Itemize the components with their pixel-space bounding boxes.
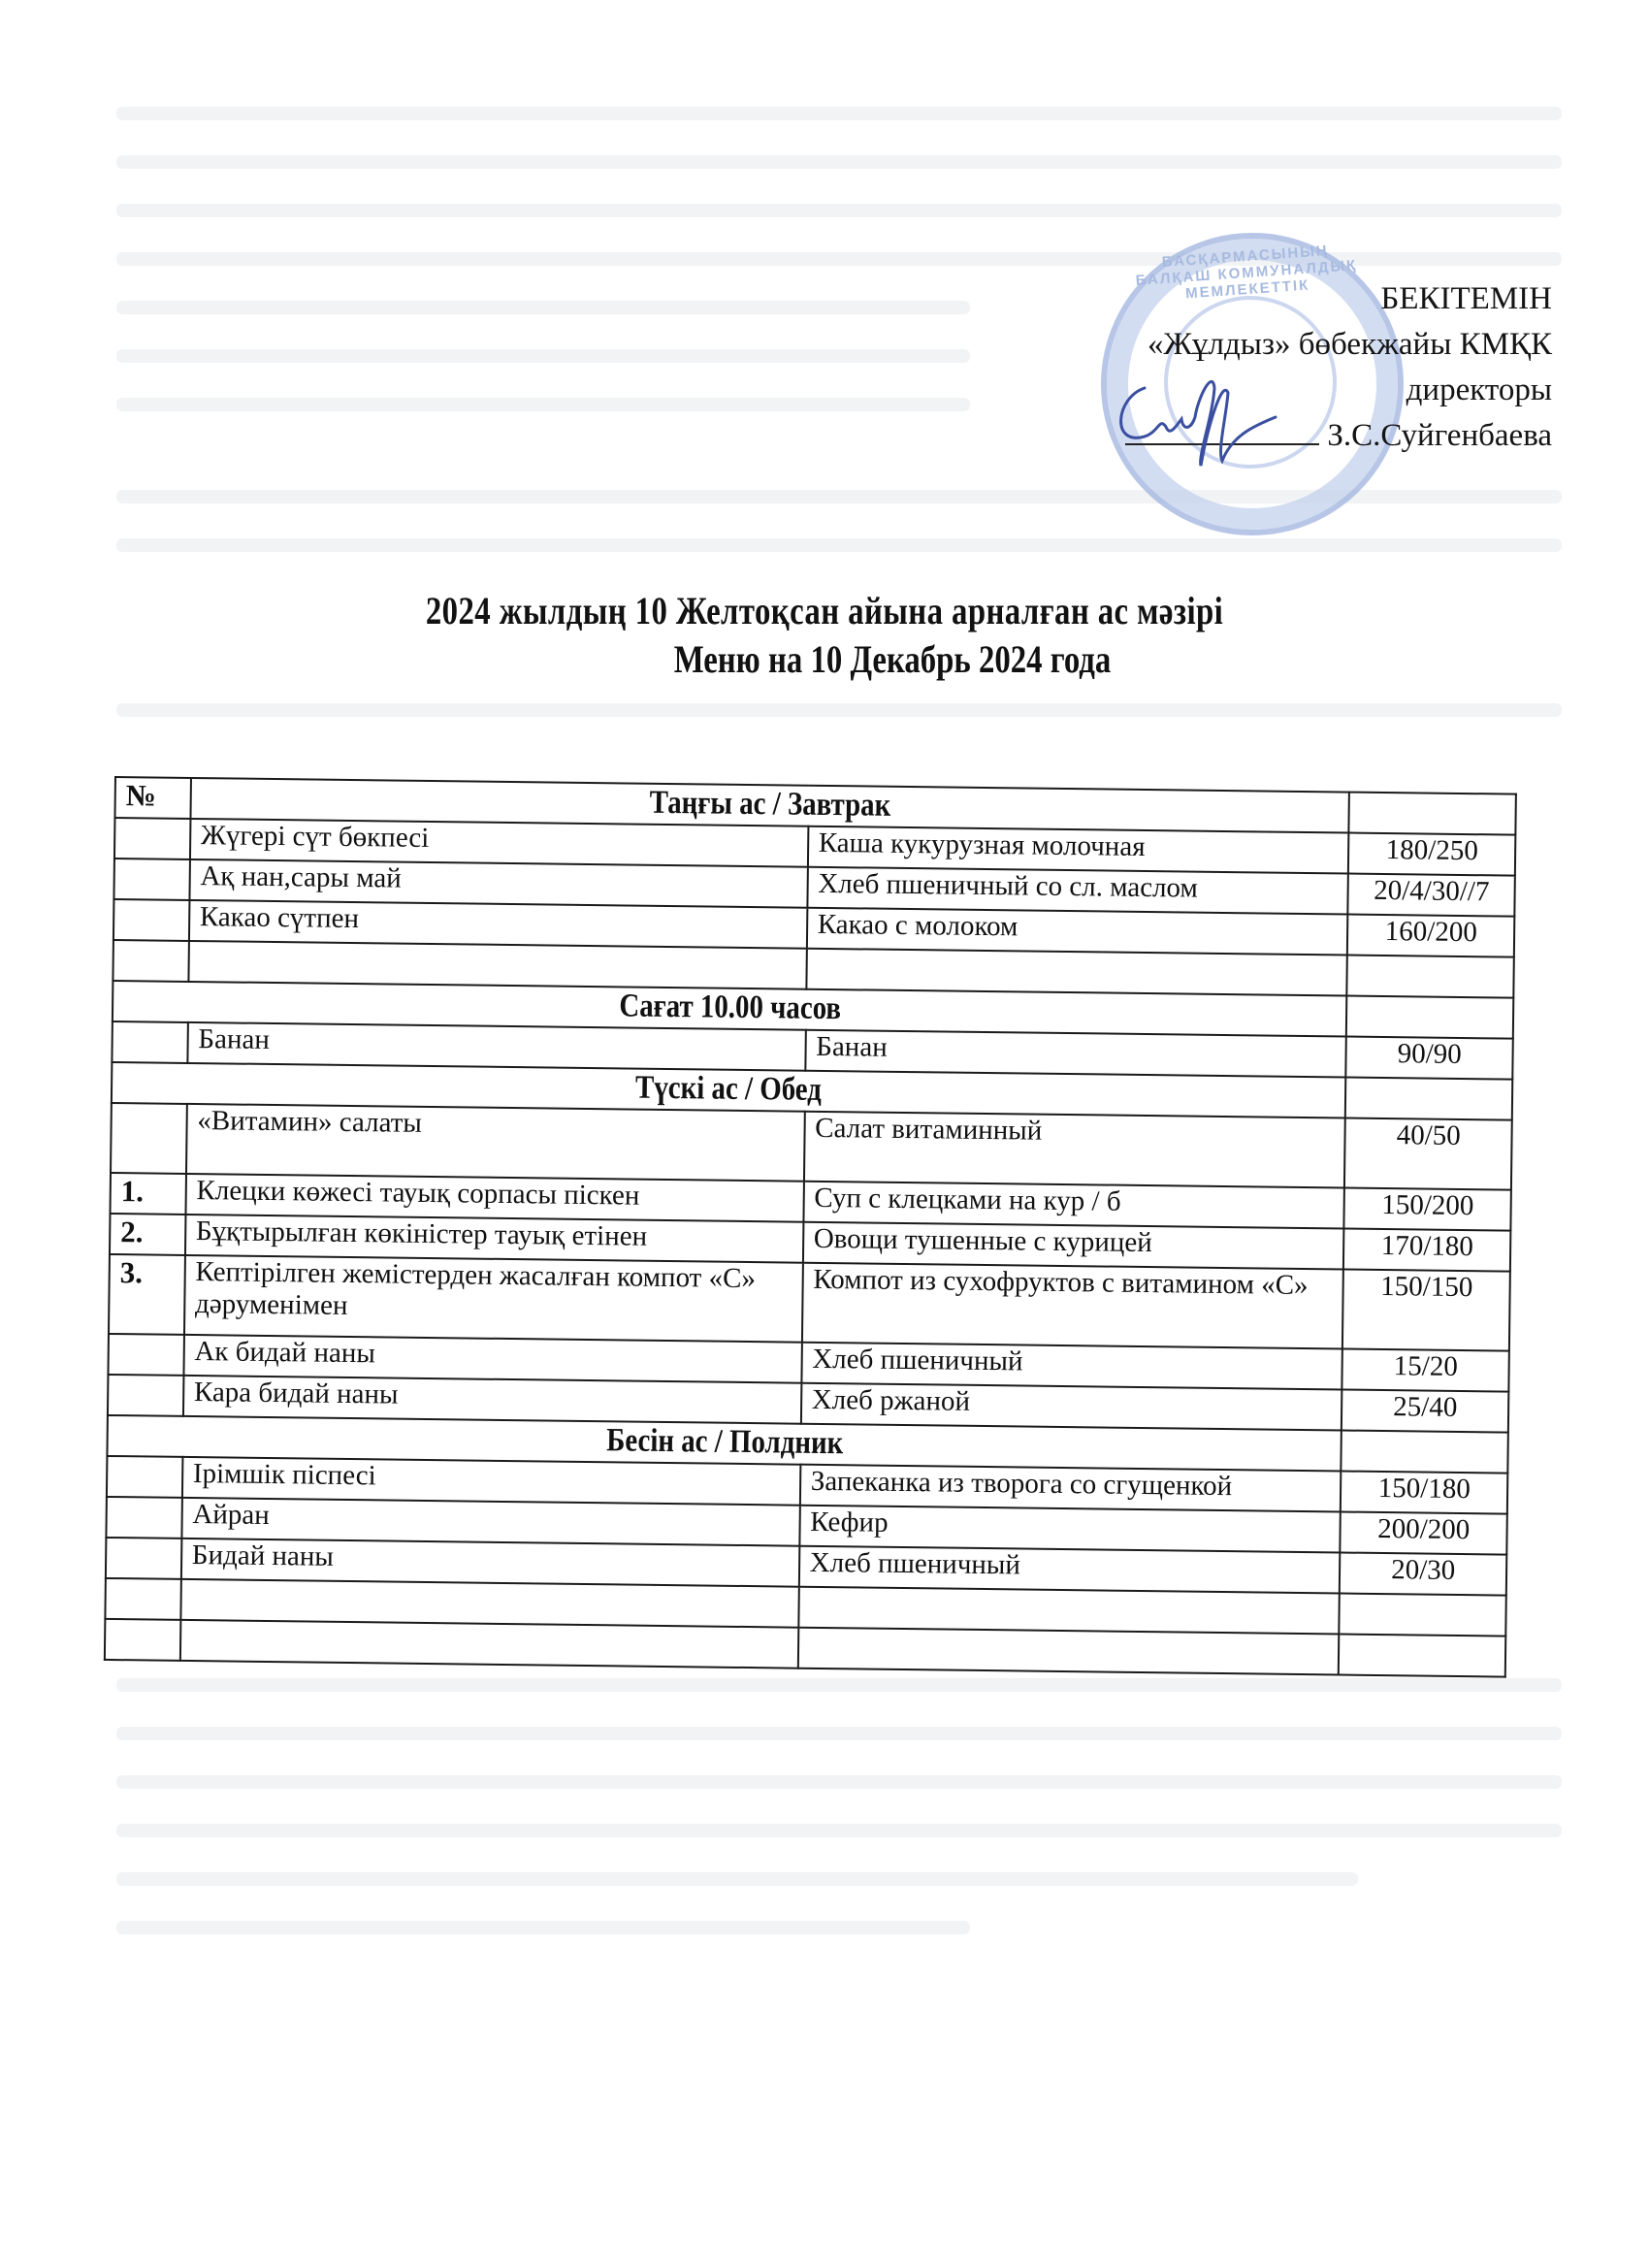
dish-name-russian: Хлеб пшеничный xyxy=(798,1546,1340,1594)
menu-table: №Таңғы ас / ЗавтракЖүгері сүт бөкпесіКаш… xyxy=(104,776,1517,1678)
item-number: 1. xyxy=(110,1173,185,1215)
section-title-text: Таңғы ас / Завтрак xyxy=(649,785,890,825)
item-number xyxy=(113,940,188,982)
portion-cell xyxy=(1342,1431,1508,1474)
portion-size: 15/20 xyxy=(1342,1349,1509,1392)
dish-name-russian: Кефир xyxy=(799,1506,1341,1553)
portion-cell xyxy=(1349,793,1516,835)
item-number xyxy=(105,1619,180,1661)
approval-heading: БЕКІТЕМІН xyxy=(1125,276,1552,322)
item-number xyxy=(114,818,190,859)
title-russian: Меню на 10 Декабрь 2024 года xyxy=(272,635,1512,684)
item-number xyxy=(107,1456,182,1498)
item-number xyxy=(113,899,189,941)
dish-name-kazakh xyxy=(180,1620,798,1669)
portion-size: 20/30 xyxy=(1340,1552,1506,1595)
dish-name-kazakh: «Витамин» салаты xyxy=(186,1104,805,1182)
portion-size xyxy=(1340,1593,1506,1636)
dish-name-russian: Овощи тушенные с курицей xyxy=(803,1222,1344,1270)
portion-size: 90/90 xyxy=(1346,1037,1513,1080)
dish-name-russian xyxy=(798,1587,1340,1635)
item-number xyxy=(108,1375,183,1416)
item-number xyxy=(106,1497,181,1539)
dish-name-russian: Хлеб пшеничный со сл. маслом xyxy=(807,867,1348,915)
section-title-text: Сағат 10.00 часов xyxy=(619,988,841,1027)
dish-name-russian xyxy=(797,1628,1339,1675)
section-title-text: Бесін ас / Полдник xyxy=(606,1422,844,1462)
portion-size: 150/200 xyxy=(1344,1188,1511,1231)
dish-name-russian: Каша кукурузная молочная xyxy=(808,826,1349,874)
director-name: З.С.Суйгенбаева xyxy=(1327,418,1552,453)
menu-titles: 2024 жылдың 10 Желтоқсан айына арналған … xyxy=(0,587,1649,684)
portion-size: 150/180 xyxy=(1341,1472,1507,1514)
portion-size: 150/150 xyxy=(1342,1270,1510,1351)
item-number: 2. xyxy=(110,1214,185,1255)
portion-size: 20/4/30//7 xyxy=(1348,874,1515,917)
item-number xyxy=(105,1578,180,1620)
portion-size: 200/200 xyxy=(1341,1512,1507,1555)
portion-cell xyxy=(1345,1078,1512,1120)
dish-name-russian: Какао с молоком xyxy=(807,908,1348,956)
dish-name-russian: Банан xyxy=(805,1030,1346,1078)
dish-name-russian: Суп с клецками на кур / б xyxy=(803,1182,1344,1229)
dish-name-russian: Компот из сухофруктов с витамином «С» xyxy=(802,1263,1344,1349)
portion-cell xyxy=(1346,996,1513,1039)
item-number xyxy=(112,1021,187,1063)
item-number xyxy=(106,1538,181,1579)
portion-size: 25/40 xyxy=(1342,1390,1508,1433)
dish-name-russian: Хлеб пшеничный xyxy=(801,1343,1342,1390)
number-header: № xyxy=(114,777,190,819)
dish-name-russian: Запеканка из творога со сгущенкой xyxy=(799,1465,1341,1512)
section-title-text: Түскі ас / Обед xyxy=(635,1070,822,1109)
item-number xyxy=(108,1334,183,1376)
item-number xyxy=(111,1103,187,1174)
dish-name-russian: Хлеб ржаной xyxy=(801,1383,1342,1431)
dish-name-kazakh: Кептірілген жемістерден жасалған компот … xyxy=(184,1255,803,1343)
dish-name-russian: Салат витаминный xyxy=(804,1112,1346,1188)
portion-size: 180/250 xyxy=(1348,833,1515,876)
item-number xyxy=(113,859,189,900)
portion-size xyxy=(1339,1634,1505,1676)
item-number: 3. xyxy=(109,1254,185,1335)
portion-size xyxy=(1347,956,1514,998)
portion-size: 170/180 xyxy=(1343,1229,1510,1272)
dish-name-russian xyxy=(806,949,1347,996)
signature-icon xyxy=(1106,359,1280,475)
portion-size: 40/50 xyxy=(1344,1118,1512,1190)
title-kazakh: 2024 жылдың 10 Желтоқсан айына арналған … xyxy=(148,587,1501,635)
portion-size: 160/200 xyxy=(1347,915,1514,957)
